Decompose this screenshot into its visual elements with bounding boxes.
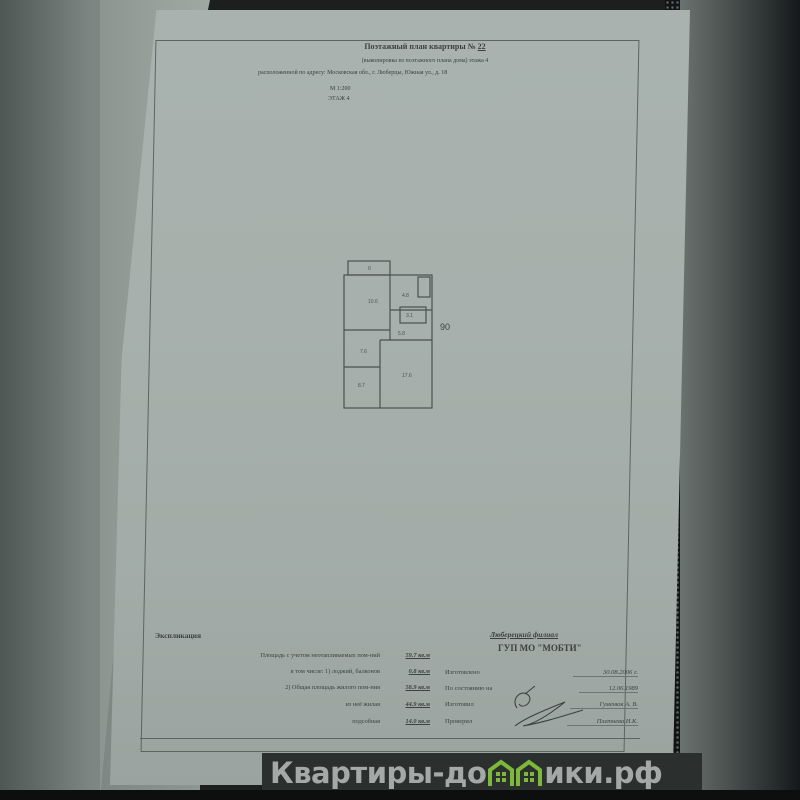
handwritten-signature xyxy=(505,680,585,730)
floor-plan: 10.6 7.6 8.7 17.6 4.8 3.1 5.8 б xyxy=(330,255,470,415)
bottom-edge xyxy=(0,790,800,800)
signature-label: Проверил xyxy=(445,718,472,725)
organization-name: ГУП МО "МОБТИ" xyxy=(498,643,582,653)
explication-value: 44.9 кв.м xyxy=(384,701,430,708)
title-text: Поэтажный план квартиры № xyxy=(364,42,475,51)
explication-value: 59.7 кв.м xyxy=(384,652,430,659)
explication-value: 14.0 кв.м xyxy=(384,718,430,725)
document-scale: М 1:200 xyxy=(330,86,410,92)
document-floor: ЭТАЖ 4 xyxy=(328,96,408,102)
balcony-label: б xyxy=(368,266,371,272)
signature-value: 12.06.1989 xyxy=(579,685,638,693)
explication-label: 2) Общая площадь жилого пом-ния xyxy=(285,684,380,691)
watermark-text-start: Квартиры-до xyxy=(270,756,486,790)
frame-divider xyxy=(140,738,640,739)
background-right xyxy=(680,0,800,800)
signature-label: По состоянию на xyxy=(445,685,492,692)
room-3-label: 8.7 xyxy=(358,383,365,389)
watermark-banner: Квартиры-до ики.рф xyxy=(262,753,702,793)
explication-row: подсобная 14.0 кв.м xyxy=(160,718,430,730)
signature-label: Изготовлено xyxy=(445,669,480,676)
watermark-text-end: ики.рф xyxy=(544,756,662,790)
explication-row: Площадь с учетом неотапливаемых пом-ний … xyxy=(160,652,430,664)
explication-value: 58.9 кв.м xyxy=(384,684,430,691)
houses-logo-icon xyxy=(487,758,543,788)
explication-value: 0.8 кв.м xyxy=(384,668,430,675)
explication-label: из неё жилая xyxy=(345,701,380,708)
explication-label: Площадь с учетом неотапливаемых пом-ний xyxy=(260,652,380,659)
signature-value: 30.08.2006 г. xyxy=(573,669,638,677)
document-title: Поэтажный план квартиры № 22 xyxy=(250,42,600,51)
building-label: 90 xyxy=(440,322,450,332)
explication-row: из неё жилая 44.9 кв.м xyxy=(160,701,430,713)
room-4-label: 17.6 xyxy=(402,373,412,379)
room-7-label: 5.8 xyxy=(398,331,405,337)
explication-label: в том числе: 1) лоджий, балконов xyxy=(291,668,380,675)
floor-plan-drawing: 10.6 7.6 8.7 17.6 4.8 3.1 5.8 б xyxy=(330,255,470,415)
room-2-label: 7.6 xyxy=(360,349,367,355)
room-6-label: 3.1 xyxy=(406,313,413,319)
room-1-label: 10.6 xyxy=(368,299,378,305)
organization-branch: Люберецкий филиал xyxy=(490,630,558,639)
explication-row: 2) Общая площадь жилого пом-ния 58.9 кв.… xyxy=(160,684,430,696)
room-5-label: 4.8 xyxy=(402,293,409,299)
explication-label: подсобная xyxy=(352,718,380,725)
document-address: расположенной по адресу: Московская обл.… xyxy=(258,70,608,76)
document-subtitle: (выкопировка из поэтажного плана дома) э… xyxy=(250,58,600,64)
apartment-number: 22 xyxy=(478,42,486,51)
explication-row: в том числе: 1) лоджий, балконов 0.8 кв.… xyxy=(160,668,430,680)
explication-title: Экспликация xyxy=(155,631,201,640)
signature-label: Изготовил xyxy=(445,701,474,708)
